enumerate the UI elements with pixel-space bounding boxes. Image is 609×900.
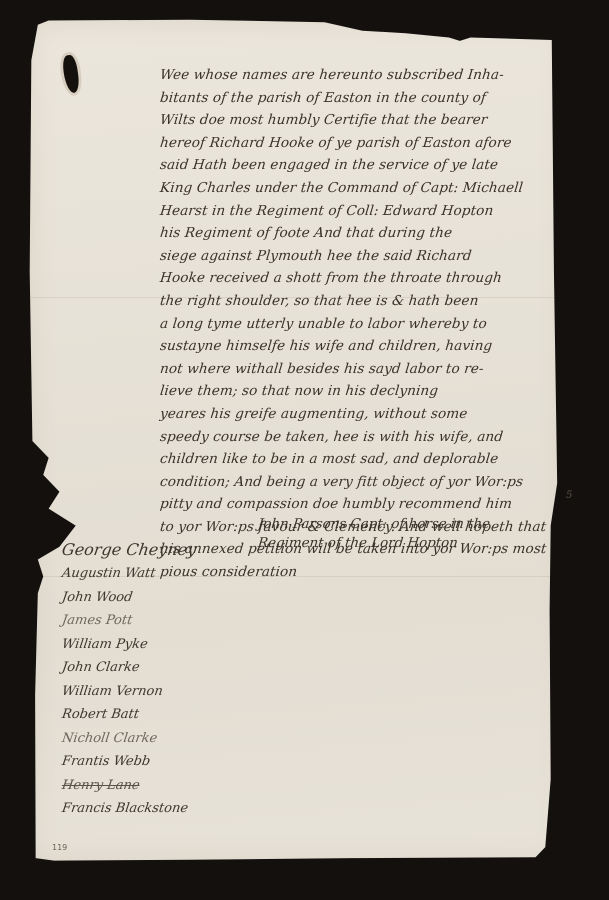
text-line: speedy course be taken, hee is with his … [159, 426, 566, 449]
text-line: the right shoulder, so that hee is & hat… [159, 290, 566, 313]
text-line: condition; And being a very fitt object … [159, 471, 566, 494]
signature: Augustin Watt [60, 562, 303, 586]
captain-attestation: John Parsons Capt: of horse in the Regim… [258, 515, 558, 553]
text-line: yeares his greife augmenting, without so… [159, 403, 566, 426]
signature: William Vernon [60, 680, 303, 704]
signature: John Wood [60, 586, 303, 610]
text-line: sustayne himselfe his wife and children,… [159, 335, 566, 358]
signature: Francis Blackstone [60, 797, 303, 821]
text-line: Wee whose names are hereunto subscribed … [159, 64, 566, 87]
signature: William Pyke [60, 633, 303, 657]
text-line: hereof Richard Hooke of ye parish of Eas… [159, 132, 566, 155]
text-line: pitty and compassion doe humbly recommen… [159, 493, 566, 516]
signature: George Cheyney [60, 538, 303, 562]
text-line: Hooke received a shott from the throate … [159, 267, 566, 290]
signature: James Pott [60, 609, 303, 633]
text-line: King Charles under the Command of Capt: … [159, 177, 566, 200]
text-line: children like to be in a most sad, and d… [159, 448, 566, 471]
signature: Frantis Webb [60, 750, 303, 774]
text-line: Wilts doe most humbly Certifie that the … [159, 109, 566, 132]
text-line: Hearst in the Regiment of Coll: Edward H… [159, 200, 566, 223]
signature: Nicholl Clarke [60, 727, 303, 751]
struck-signature: Henry Lane [60, 774, 303, 798]
text-line: a long tyme utterly unable to labor wher… [159, 313, 566, 336]
margin-mark: 5 [566, 490, 572, 501]
petition-body: Wee whose names are hereunto subscribed … [160, 64, 565, 584]
text-line: siege against Plymouth hee the said Rich… [159, 245, 566, 268]
attestation-line: John Parsons Capt: of horse in the [257, 515, 559, 534]
text-line: said Hath been engaged in the service of… [159, 154, 566, 177]
text-line: bitants of the parish of Easton in the c… [159, 87, 566, 110]
text-line: not where withall besides his sayd labor… [159, 358, 566, 381]
signature: John Clarke [60, 656, 303, 680]
text-line: his Regiment of foote And that during th… [159, 222, 566, 245]
signature-list: George Cheyney Augustin Watt John Wood J… [62, 538, 302, 821]
text-line: lieve them; so that now in his declyning [159, 380, 566, 403]
folio-number: 119 [52, 843, 67, 852]
signature: Robert Batt [60, 703, 303, 727]
